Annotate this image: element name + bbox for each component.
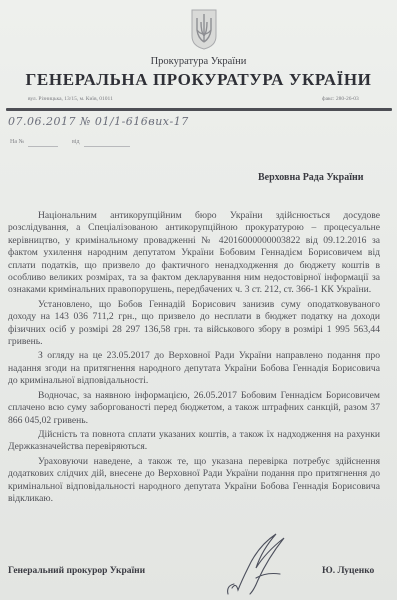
handwritten-signature-icon <box>222 528 292 598</box>
paragraph: З огляду на це 23.05.2017 до Верховної Р… <box>8 350 380 387</box>
org-subtitle: Прокуратура України <box>0 56 397 67</box>
trident-coat-of-arms-icon <box>190 8 218 50</box>
letter-page: Прокуратура України ГЕНЕРАЛЬНА ПРОКУРАТУ… <box>0 0 397 600</box>
paragraph: Національним антикорупційним бюро Україн… <box>8 210 380 297</box>
org-title: ГЕНЕРАЛЬНА ПРОКУРАТУРА УКРАЇНИ <box>0 70 397 90</box>
registration-number: 07.06.2017 № 01/1-616вих-17 <box>8 115 189 128</box>
reference-date-line <box>84 146 130 147</box>
paragraph: Установлено, що Бобов Геннадій Борисович… <box>8 299 380 349</box>
recipient: Верховна Рада України <box>258 172 364 183</box>
letterhead-divider <box>6 108 392 111</box>
org-address: вул. Різницька, 13/15, м. Київ, 01011 <box>28 96 113 102</box>
reference-number-line <box>28 146 58 147</box>
paragraph: Водночас, за наявною інформацією, 26.05.… <box>8 390 380 427</box>
signer-position: Генеральний прокурор України <box>8 566 145 576</box>
org-fax: факс: 280-26-03 <box>322 96 359 102</box>
signer-name: Ю. Луценко <box>322 566 374 576</box>
letter-body: Національним антикорупційним бюро Україн… <box>8 210 380 507</box>
paragraph: Дійсність та повнота сплати указаних кош… <box>8 429 380 454</box>
reference-number-label: На № <box>10 139 24 145</box>
paragraph: Ураховуючи наведене, а також те, що указ… <box>8 456 380 506</box>
reference-date-label: від <box>72 139 80 145</box>
